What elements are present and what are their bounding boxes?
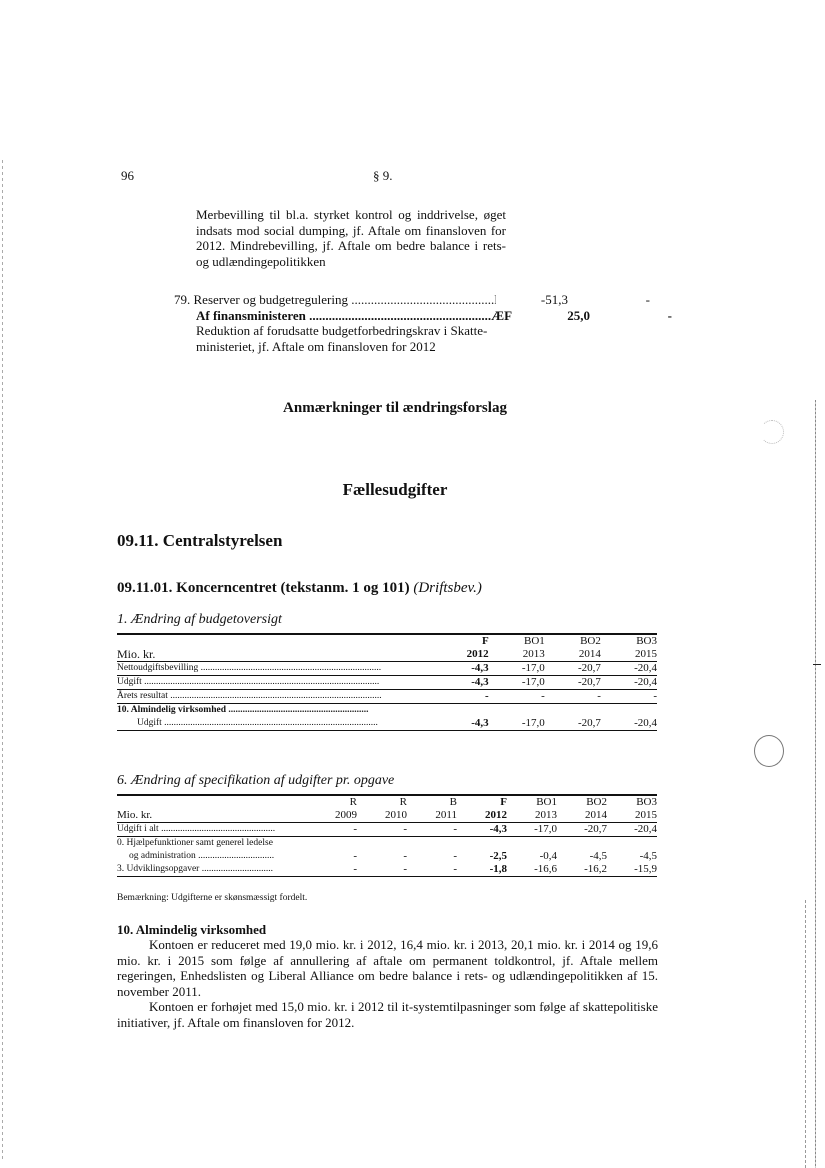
section10-paragraph-1: Kontoen er reduceret med 19,0 mio. kr. i… [117, 937, 658, 999]
col-header: B2011 [407, 795, 457, 823]
punch-hole-mark [760, 420, 784, 444]
heading-konc-main: 09.11.01. Koncerncentret (tekstanm. 1 og… [117, 580, 410, 596]
item-79: 79. Reserver og budgetregulering .......… [174, 292, 674, 354]
col-header: BO22014 [545, 634, 601, 662]
table1-title: 1. Ændring af budgetoversigt [117, 612, 282, 628]
heading-koncerncentret: 09.11.01. Koncerncentret (tekstanm. 1 og… [117, 580, 482, 597]
table2-title: 6. Ændring af specifikation af udgifter … [117, 773, 394, 789]
section10-heading: 10. Almindelig virksomhed [117, 922, 266, 938]
intro-paragraph: Merbevilling til bl.a. styrket kontrol o… [196, 207, 506, 269]
unit-label: Mio. kr. [117, 634, 433, 662]
heading-common-expenses: Fællesudgifter [0, 480, 770, 500]
col-header: R2009 [307, 795, 357, 823]
col-header: BO12013 [489, 634, 545, 662]
item-79-value: -51,3 [496, 292, 568, 308]
col-header: R2010 [357, 795, 407, 823]
heading-konc-italic: (Driftsbev.) [413, 580, 481, 596]
col-header: F2012 [457, 795, 507, 823]
item-79-sub-dash: - [590, 308, 672, 324]
item-79-desc-1: Reduktion af forudsatte budgetforbedring… [174, 323, 674, 339]
table-header-row: Mio. kr. F2012 BO12013 BO22014 BO32015 [117, 634, 657, 662]
scan-artifact-right-2 [805, 900, 806, 1168]
unit-label: Mio. kr. [117, 795, 307, 823]
col-header: F2012 [433, 634, 489, 662]
section-header: § 9. [373, 168, 393, 184]
table-row: Udgift .................................… [117, 676, 657, 690]
table-row: 3. Udviklingsopgaver ...................… [117, 863, 657, 877]
item-79-label: 79. Reserver og budgetregulering .......… [174, 292, 496, 308]
table2-remark: Bemærkning: Udgifterne er skønsmæssigt f… [117, 893, 307, 903]
table-header-row: Mio. kr. R2009 R2010 B2011 F2012 BO12013… [117, 795, 657, 823]
table-row: Årets resultat .........................… [117, 690, 657, 704]
table-row: 10. Almindelig virksomhed ..............… [117, 704, 657, 731]
expense-spec-table: Mio. kr. R2009 R2010 B2011 F2012 BO12013… [117, 794, 657, 877]
table-row: Nettoudgiftsbevilling ..................… [117, 662, 657, 676]
col-header: BO22014 [557, 795, 607, 823]
item-79-sub-label: Af finansministeren ....................… [174, 308, 518, 324]
punch-hole-mark [754, 735, 784, 767]
scan-artifact-left [2, 160, 3, 1160]
table-row: Udgift i alt ...........................… [117, 823, 657, 837]
item-79-dash: - [568, 292, 650, 308]
page-number: 96 [121, 168, 134, 184]
col-header: BO32015 [607, 795, 657, 823]
section10-body: Kontoen er reduceret med 19,0 mio. kr. i… [117, 937, 658, 1030]
item-79-desc-2: ministeriet, jf. Aftale om finansloven f… [174, 339, 674, 355]
scan-tick-mark [813, 664, 821, 665]
section10-paragraph-2: Kontoen er forhøjet med 15,0 mio. kr. i … [117, 999, 658, 1030]
heading-annotations: Anmærkninger til ændringsforslag [0, 400, 770, 417]
heading-central: 09.11. Centralstyrelsen [117, 531, 282, 551]
item-79-sub-value: 25,0 [518, 308, 590, 324]
col-header: BO12013 [507, 795, 557, 823]
table-row: 0. Hjælpefunktioner samt generel ledelse… [117, 837, 657, 864]
scan-artifact-right [815, 400, 816, 1168]
col-header: BO32015 [601, 634, 657, 662]
budget-overview-table: Mio. kr. F2012 BO12013 BO22014 BO32015 N… [117, 633, 657, 731]
